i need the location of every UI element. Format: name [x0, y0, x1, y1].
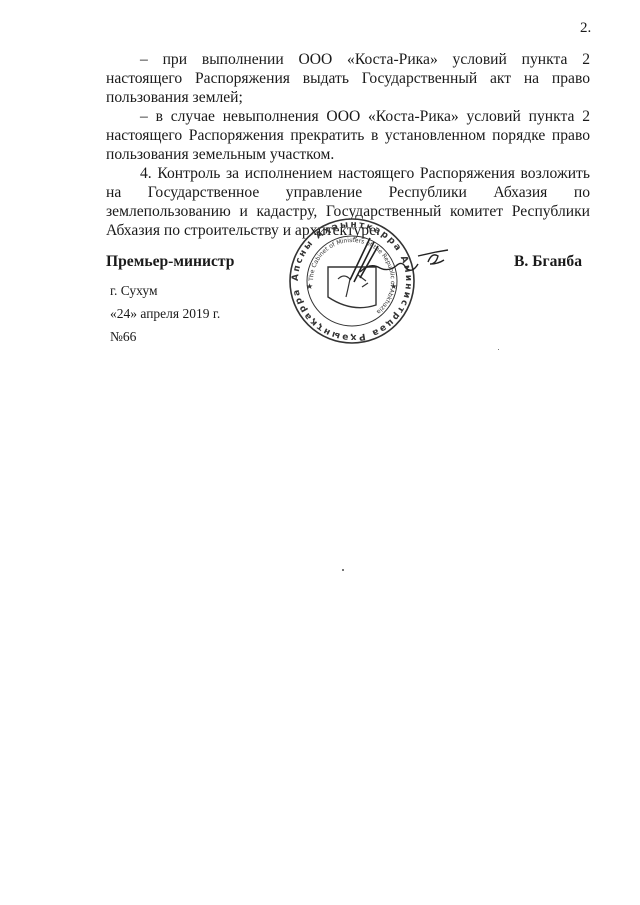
document-number: №66 — [110, 329, 136, 345]
document-date: «24» апреля 2019 г. — [110, 306, 220, 322]
svg-text:★: ★ — [306, 282, 313, 291]
signatory-name: В. Бганба — [514, 253, 582, 271]
scan-speck — [342, 569, 344, 571]
signatory-title: Премьер-министр — [106, 253, 234, 271]
handwritten-signature-icon — [330, 232, 460, 292]
page-number: 2. — [580, 20, 591, 37]
city: г. Сухум — [110, 283, 158, 299]
paragraph-terminate-right: – в случае невыполнения ООО «Коста-Рика»… — [106, 107, 590, 164]
scan-speck — [498, 349, 499, 350]
paragraph-issue-act: – при выполнении ООО «Коста-Рика» услови… — [106, 50, 590, 107]
document-body: – при выполнении ООО «Коста-Рика» услови… — [106, 50, 590, 240]
